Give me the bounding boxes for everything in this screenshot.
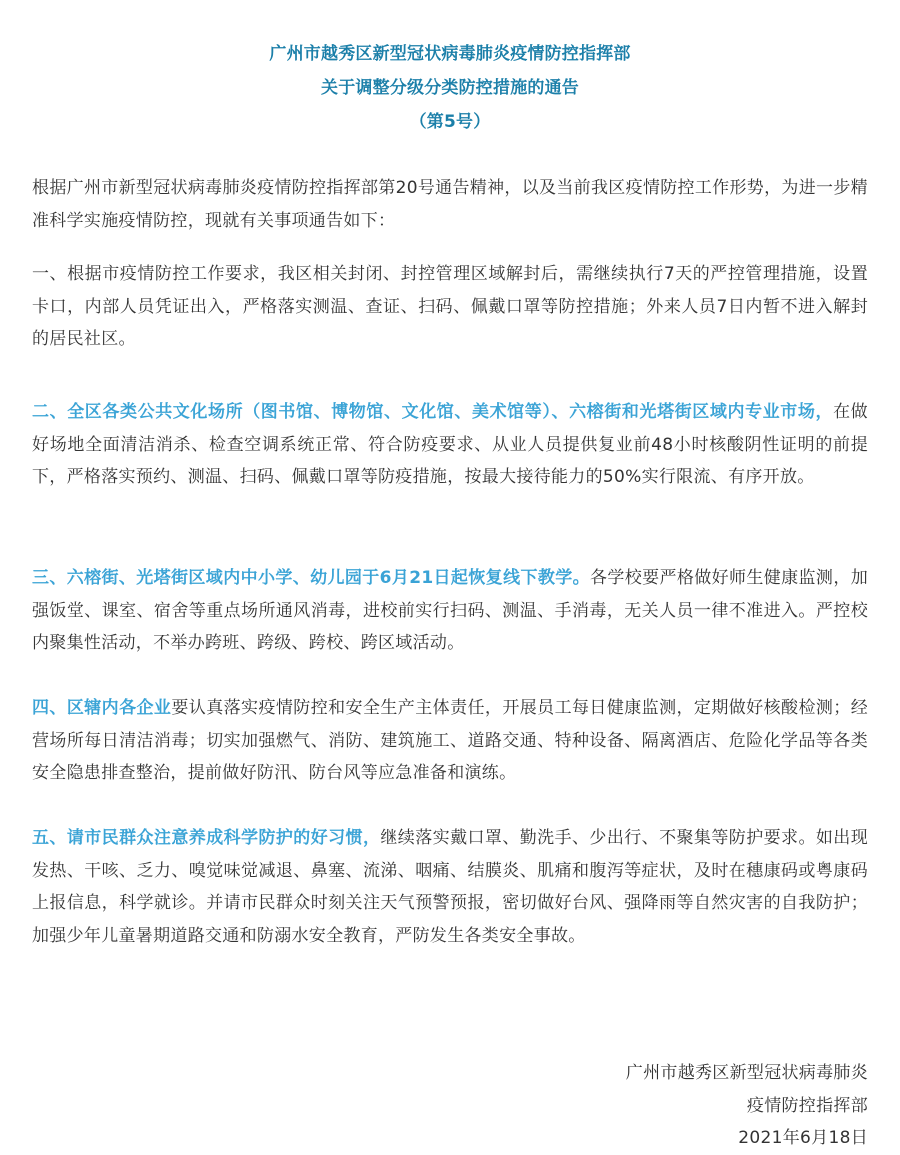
title-line-1: 广州市越秀区新型冠状病毒肺炎疫情防控指挥部 [32,37,868,71]
section-3-heading: 三、六榕街、光塔街区域内中小学、幼儿园于6月21日起恢复线下教学。 [32,568,590,588]
section-5-paragraph: 五、请市民群众注意养成科学防护的好习惯，继续落实戴口罩、勤洗手、少出行、不聚集等… [32,822,868,952]
document-title: 广州市越秀区新型冠状病毒肺炎疫情防控指挥部 关于调整分级分类防控措施的通告 （第… [32,0,868,139]
section-4-paragraph: 四、区辖内各企业要认真落实疫情防控和安全生产主体责任，开展员工每日健康监测，定期… [32,692,868,790]
signature-org-line-1: 广州市越秀区新型冠状病毒肺炎 [626,1057,868,1090]
section-5-heading: 五、请市民群众注意养成科学防护的好习惯， [32,828,380,848]
section-4-heading: 四、区辖内各企业 [32,698,171,718]
signature-org-line-2: 疫情防控指挥部 [626,1090,868,1123]
signature-date: 2021年6月18日 [626,1122,868,1155]
notice-document: 广州市越秀区新型冠状病毒肺炎疫情防控指挥部 关于调整分级分类防控措施的通告 （第… [0,0,900,1155]
section-1-body: 一、根据市疫情防控工作要求，我区相关封闭、封控管理区域解封后，需继续执行7天的严… [32,264,868,349]
section-2-heading: 二、全区各类公共文化场所（图书馆、博物馆、文化馆、美术馆等）、六榕街和光塔街区域… [32,402,833,422]
section-3-paragraph: 三、六榕街、光塔街区域内中小学、幼儿园于6月21日起恢复线下教学。各学校要严格做… [32,562,868,660]
signature-block: 广州市越秀区新型冠状病毒肺炎 疫情防控指挥部 2021年6月18日 [626,1057,868,1155]
title-line-3: （第5号） [32,105,868,139]
section-1-paragraph: 一、根据市疫情防控工作要求，我区相关封闭、封控管理区域解封后，需继续执行7天的严… [32,258,868,356]
title-line-2: 关于调整分级分类防控措施的通告 [32,71,868,105]
intro-paragraph: 根据广州市新型冠状病毒肺炎疫情防控指挥部第20号通告精神，以及当前我区疫情防控工… [32,172,868,237]
section-2-paragraph: 二、全区各类公共文化场所（图书馆、博物馆、文化馆、美术馆等）、六榕街和光塔街区域… [32,396,868,494]
